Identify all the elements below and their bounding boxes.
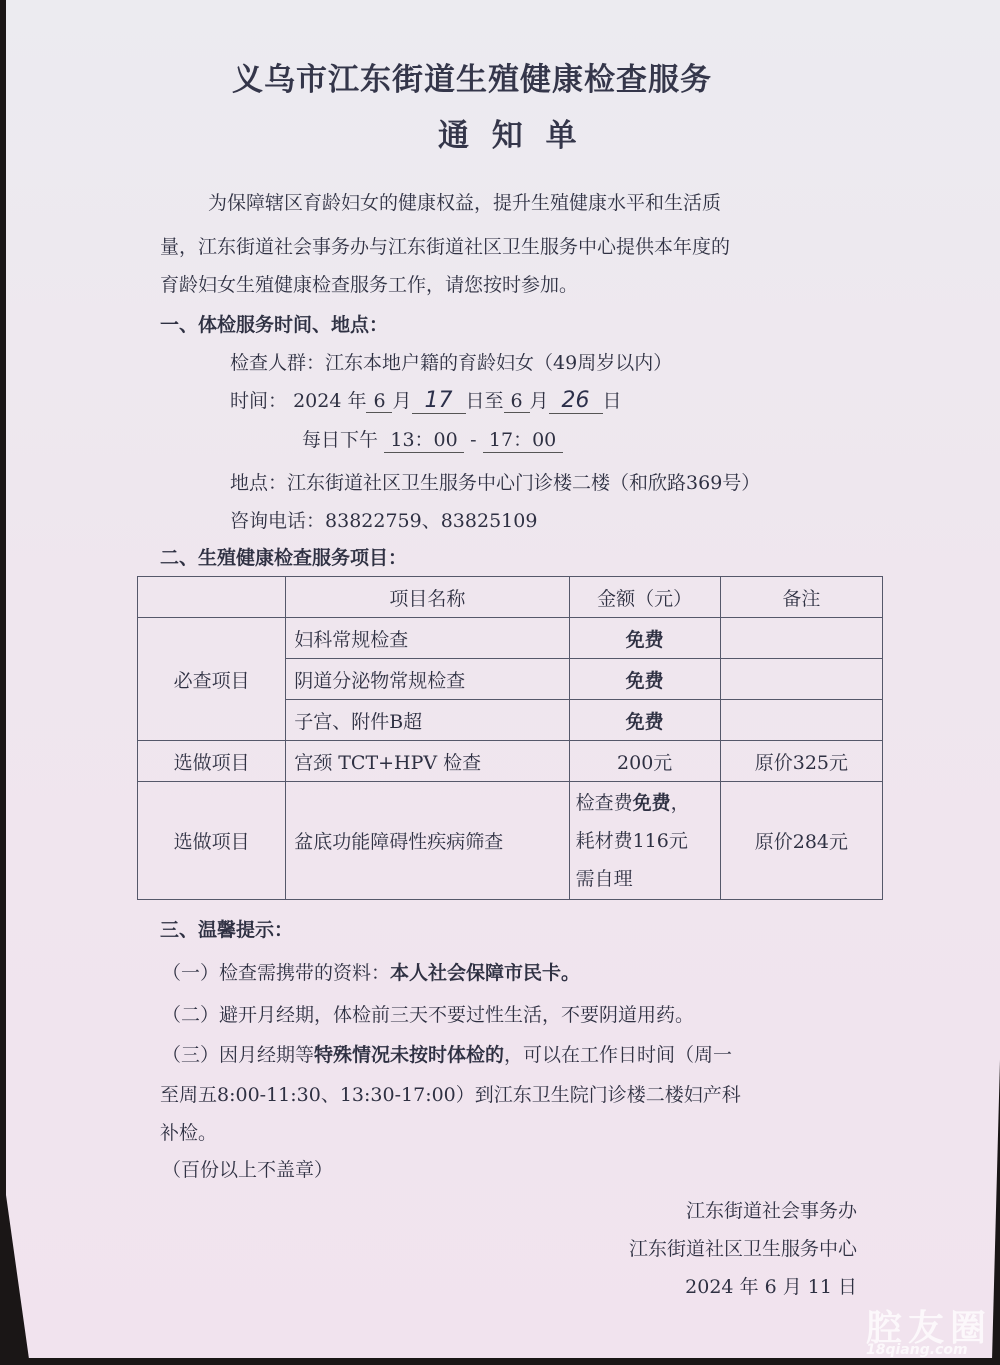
table-row: 选做项目 宫颈 TCT+HPV 检查 200元 原价325元 (138, 741, 883, 782)
tip3-bold: 特殊情况未按时体检的 (314, 1044, 504, 1066)
item-amount-multiline: 检查费免费， 耗材费116元 需自理 (569, 782, 720, 900)
tip3-prefix: （三）因月经期等 (162, 1044, 314, 1066)
optional-group-cell: 选做项目 (138, 782, 286, 900)
day-unit: 日 (603, 390, 622, 412)
target-group: 检查人群：江东本地户籍的育龄妇女（49周岁以内） (230, 348, 672, 375)
header-cell-name: 项目名称 (286, 577, 569, 618)
item-note: 原价284元 (720, 782, 882, 900)
required-group-cell: 必查项目 (138, 618, 286, 741)
item-note (720, 618, 882, 659)
daily-hours: 每日下午 13：00 - 17：00 (302, 425, 563, 453)
time-dash: - (470, 429, 476, 451)
signature-org-1: 江东街道社会事务办 (686, 1196, 857, 1223)
item-note: 原价325元 (720, 741, 882, 782)
table-row: 必查项目 妇科常规检查 免费 (138, 618, 883, 659)
stamp-note: （百份以上不盖章） (162, 1155, 333, 1182)
table-row: 选做项目 盆底功能障碍性疾病筛查 检查费免费， 耗材费116元 需自理 原价28… (138, 782, 883, 900)
intro-line-2: 量，江东街道社会事务办与江东街道社区卫生服务中心提供本年度的 (160, 232, 730, 259)
header-cell-note: 备注 (720, 577, 882, 618)
start-month: 6 (366, 390, 392, 413)
time-label: 时间： (230, 390, 287, 412)
optional-group-cell: 选做项目 (138, 741, 286, 782)
item-note (720, 659, 882, 700)
daily-end-time: 17：00 (483, 425, 563, 453)
tip-3-line-3: 补检。 (160, 1118, 217, 1145)
section1-heading: 一、体检服务时间、地点： (160, 310, 388, 337)
month-unit-2: 月 (530, 390, 549, 412)
item-name: 宫颈 TCT+HPV 检查 (286, 741, 569, 782)
target-value: 江东本地户籍的育龄妇女（49周岁以内） (325, 352, 672, 374)
tip-2: （二）避开月经期，体检前三天不要过性生活，不要阴道用药。 (162, 1000, 694, 1027)
end-month: 6 (504, 390, 530, 413)
watermark-url: 18qiang.com (866, 1342, 968, 1358)
year-unit: 年 (347, 390, 366, 412)
item-amount: 免费 (569, 659, 720, 700)
tip-3-line-2: 至周五8:00-11:30、13:30-17:00）到江东卫生院门诊楼二楼妇产科 (160, 1080, 741, 1107)
phone-value: 83822759、83825109 (325, 510, 537, 532)
document-title: 义乌市江东街道生殖健康检查服务 (232, 54, 712, 99)
amount-exam-fee-label: 检查费 (576, 792, 633, 814)
start-day-handwritten: 17 (412, 388, 466, 414)
tip-1: （一）检查需携带的资料：本人社会保障市民卡。 (162, 958, 580, 985)
tip-3: （三）因月经期等特殊情况未按时体检的，可以在工作日时间（周一 (162, 1040, 732, 1067)
header-cell-amount: 金额（元） (569, 577, 720, 618)
document-subtitle: 通 知 单 (438, 110, 583, 155)
item-amount: 免费 (569, 700, 720, 741)
item-name: 盆底功能障碍性疾病筛查 (286, 782, 569, 900)
tip1-bold: 本人社会保障市民卡。 (390, 962, 580, 984)
tip3-rest: ，可以在工作日时间（周一 (504, 1044, 732, 1066)
item-amount: 200元 (569, 741, 720, 782)
location-value: 江东街道社区卫生服务中心门诊楼二楼（和欣路369号） (287, 472, 760, 494)
to-text: 日至 (466, 390, 504, 412)
month-unit: 月 (392, 390, 411, 412)
signature-date: 2024 年 6 月 11 日 (685, 1272, 857, 1299)
amount-exam-fee-free: 免费 (633, 792, 671, 814)
header-cell-group (138, 577, 286, 618)
item-amount: 免费 (569, 618, 720, 659)
target-label: 检查人群： (230, 352, 325, 374)
section2-heading: 二、生殖健康检查服务项目： (160, 543, 407, 570)
item-name: 阴道分泌物常规检查 (286, 659, 569, 700)
intro-line-1: 为保障辖区育龄妇女的健康权益，提升生殖健康水平和生活质 (208, 188, 721, 215)
year-value: 2024 (293, 390, 341, 412)
exam-location: 地点：江东街道社区卫生服务中心门诊楼二楼（和欣路369号） (230, 468, 760, 495)
item-name: 妇科常规检查 (286, 618, 569, 659)
item-note (720, 700, 882, 741)
phone-label: 咨询电话： (230, 510, 325, 532)
daily-label: 每日下午 (302, 429, 378, 451)
tip1-text: （一）检查需携带的资料： (162, 962, 390, 984)
exam-date-range: 时间： 2024 年6月17日至6月26日 (230, 386, 622, 414)
amount-material-fee: 耗材费116元 (576, 822, 714, 860)
intro-line-3: 育龄妇女生殖健康检查服务工作，请您按时参加。 (160, 270, 578, 297)
end-day-handwritten: 26 (549, 388, 603, 414)
amount-self-pay: 需自理 (576, 860, 714, 898)
table-header-row: 项目名称 金额（元） 备注 (138, 577, 883, 618)
signature-org-2: 江东街道社区卫生服务中心 (629, 1234, 857, 1261)
section3-heading: 三、温馨提示： (160, 915, 293, 942)
location-label: 地点： (230, 472, 287, 494)
daily-start-time: 13：00 (384, 425, 464, 453)
service-items-table: 项目名称 金额（元） 备注 必查项目 妇科常规检查 免费 阴道分泌物常规检查 免… (137, 576, 883, 900)
amount-comma: ， (671, 792, 690, 814)
consult-phone: 咨询电话：83822759、83825109 (230, 506, 537, 533)
item-name: 子宫、附件B超 (286, 700, 569, 741)
